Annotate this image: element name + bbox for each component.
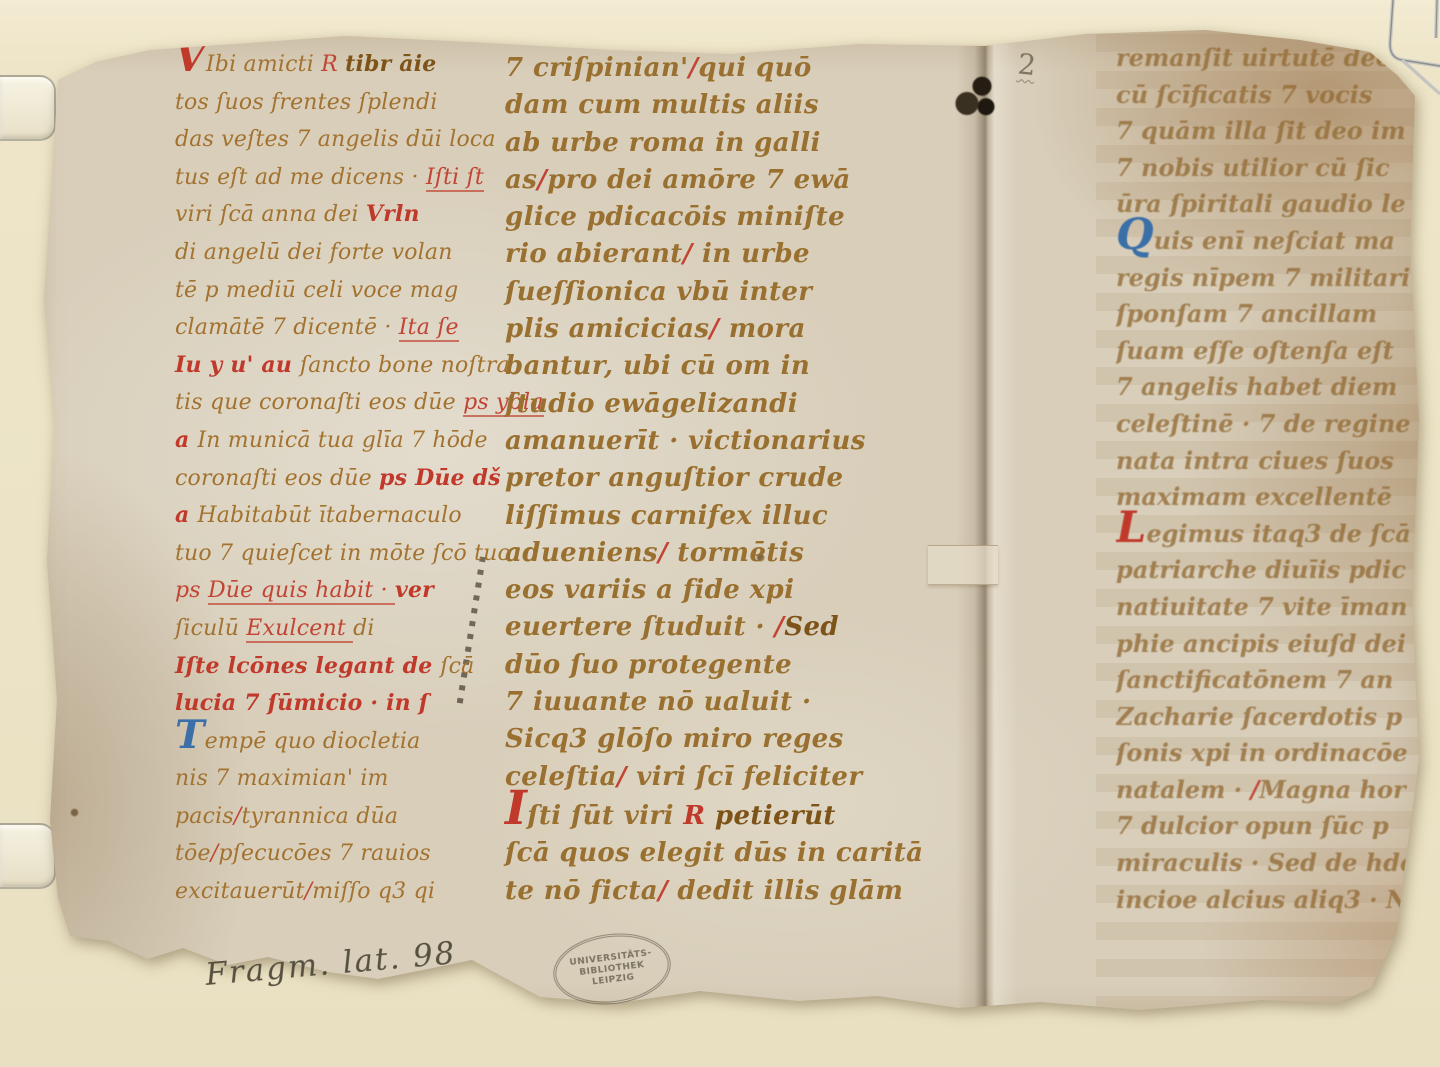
text-line: lucia 7 ſūmicio · in ſ bbox=[175, 685, 503, 723]
text-segment: egimus itaq3 de ſcā bbox=[1146, 519, 1410, 548]
text-segment: tos ſuos frentes ſplendi bbox=[175, 90, 438, 115]
text-segment: coronaſti eos dūe bbox=[175, 466, 379, 491]
text-line: Sicq3 glōſo miro reges bbox=[505, 721, 857, 758]
text-line: incioe alcius aliq3 · Nouit bbox=[1116, 882, 1422, 919]
text-line: tōe/pſecucōes 7 rauios bbox=[175, 835, 503, 873]
text-segment: das veſtes 7 angelis dūi loca bbox=[175, 127, 496, 152]
text-column-left: VIbi amicti R tibr āietos ſuos frentes ſ… bbox=[175, 46, 503, 914]
text-segment: Ita ſe bbox=[399, 315, 459, 342]
text-line: tē p mediū celi voce mag bbox=[175, 272, 503, 310]
text-segment: Iſte lcōnes legant de bbox=[175, 653, 440, 679]
text-segment: nata intra ciues ſuos bbox=[1116, 446, 1394, 475]
text-segment: Sed bbox=[784, 612, 839, 642]
text-segment: Iſti ſt bbox=[426, 165, 484, 192]
text-segment: Dūe quis habit · bbox=[208, 578, 395, 605]
text-segment: ver bbox=[395, 577, 434, 603]
parchment-surface: VIbi amicti R tibr āietos ſuos frentes ſ… bbox=[0, 0, 1440, 1067]
text-segment: dedit illis glām bbox=[668, 876, 903, 906]
text-line: das veſtes 7 angelis dūi loca bbox=[175, 121, 503, 159]
text-segment: miraculis · Sed de hde bbox=[1116, 848, 1415, 877]
text-segment: 7 quām illa ſit deo im bbox=[1116, 116, 1406, 145]
text-line: 7 criſpinian'/qui quō bbox=[505, 50, 857, 87]
text-line: ab urbe roma in galli bbox=[505, 125, 857, 162]
text-segment: maximam excellentē bbox=[1116, 482, 1392, 511]
text-line: plis amicicias/ mora bbox=[505, 311, 857, 348]
text-line: miraculis · Sed de hde bbox=[1116, 845, 1422, 882]
text-segment: di bbox=[353, 616, 375, 641]
text-line: 7 quām illa ſit deo im bbox=[1116, 113, 1422, 150]
text-segment: ſcā bbox=[440, 654, 474, 679]
text-segment: tis que coronaſti eos dūe bbox=[175, 390, 463, 415]
text-segment: dūo ſuo protegente bbox=[505, 650, 792, 680]
text-segment: ſonis xpi in ordinacōe bbox=[1116, 738, 1408, 767]
text-line: Quis enī neſciat ma bbox=[1116, 223, 1422, 260]
text-line: patriarche diuīis pdic bbox=[1116, 552, 1422, 589]
text-segment: lucia 7 ſūmicio · in ſ bbox=[175, 690, 428, 716]
text-line: as/pro dei amōre 7 ewā bbox=[505, 162, 857, 199]
text-line: glice pdicacōis miniſte bbox=[505, 199, 857, 236]
text-line: Iu y u' au ſancto bone noſtra bbox=[175, 347, 503, 385]
text-segment: ps Dūe dš bbox=[379, 465, 501, 491]
text-segment: liſſimus carnifex illuc bbox=[505, 501, 828, 531]
text-segment: rio abierant bbox=[505, 239, 683, 269]
text-line: pretor anguſtior crude bbox=[505, 460, 857, 497]
text-segment: miſſo q3 qi bbox=[312, 879, 435, 904]
text-line: 7 nobis utilior cū ſic bbox=[1116, 150, 1422, 187]
text-line: VIbi amicti R tibr āie bbox=[175, 46, 503, 84]
text-line: 7 iuuante nō ualuit · bbox=[505, 684, 857, 721]
illuminated-initial: V bbox=[175, 35, 206, 81]
text-segment: pretor anguſtior crude bbox=[505, 463, 843, 493]
text-line: Iſte lcōnes legant de ſcā bbox=[175, 648, 503, 686]
text-segment: uis enī neſciat ma bbox=[1154, 226, 1395, 255]
text-line: tis que coronaſti eos dūe ps ybla bbox=[175, 384, 503, 422]
text-segment: / bbox=[1250, 775, 1259, 804]
text-segment: di angelū dei forte volan bbox=[175, 240, 453, 265]
text-segment: natalem · bbox=[1116, 775, 1250, 804]
text-segment: Magna hor bbox=[1259, 775, 1405, 804]
text-segment: / bbox=[617, 762, 627, 792]
text-segment: viri ſcī feliciter bbox=[627, 762, 863, 792]
text-segment: mora bbox=[719, 314, 805, 344]
text-segment: viri ſcā anna dei bbox=[175, 202, 366, 227]
text-line: rio abierant/ in urbe bbox=[505, 236, 857, 273]
text-segment: ſancto bone noſtra bbox=[300, 353, 510, 378]
text-segment: 7 nobis utilior cū ſic bbox=[1116, 153, 1390, 182]
illuminated-initial: L bbox=[1116, 502, 1146, 553]
text-line: pacis/tyrannica dūa bbox=[175, 798, 503, 836]
text-segment: tus eſt ad me dicens · bbox=[175, 165, 426, 190]
text-segment: ſuam eſſe oſtenſa eſt bbox=[1116, 336, 1394, 365]
text-segment: Iu y u' au bbox=[175, 352, 300, 378]
text-line: 7 angelis habet diem bbox=[1116, 369, 1422, 406]
text-segment: patriarche diuīis pdic bbox=[1116, 555, 1406, 584]
text-line: ſonis xpi in ordinacōe bbox=[1116, 735, 1422, 772]
text-line: amanuerīt · victionarius bbox=[505, 423, 857, 460]
text-segment: pro dei amōre 7 ewā bbox=[547, 165, 850, 195]
text-line: ſuam eſſe oſtenſa eſt bbox=[1116, 333, 1422, 370]
text-line: ūra ſpiritali gaudio le bbox=[1116, 186, 1422, 223]
text-line: 7 dulcior opun ſūc p bbox=[1116, 808, 1422, 845]
text-segment: glice pdicacōis miniſte bbox=[505, 202, 845, 232]
text-line: a In municā tua glīa 7 hōde bbox=[175, 422, 503, 460]
text-segment: R bbox=[321, 52, 345, 77]
text-segment: R bbox=[683, 801, 714, 831]
text-segment: incioe alcius aliq3 · Nouit bbox=[1116, 885, 1422, 914]
parchment-fragment: VIbi amicti R tibr āietos ſuos frentes ſ… bbox=[0, 0, 1440, 1067]
text-segment: amanuerīt · victionarius bbox=[505, 426, 866, 456]
text-line: nata intra ciues ſuos bbox=[1116, 443, 1422, 480]
text-segment: 7 criſpinian' bbox=[505, 53, 688, 83]
text-segment: cū ſcīficatis 7 vocis bbox=[1116, 80, 1372, 109]
text-segment: / bbox=[774, 612, 784, 642]
text-line: ſponſam 7 ancillam bbox=[1116, 296, 1422, 333]
text-line: natalem · /Magna hor bbox=[1116, 772, 1422, 809]
text-segment: In municā tua glīa 7 hōde bbox=[197, 428, 487, 453]
text-segment: 7 iuuante nō ualuit · bbox=[505, 687, 811, 717]
text-line: coronaſti eos dūe ps Dūe dš bbox=[175, 460, 503, 498]
text-segment: ſtudio ewāgelizandi bbox=[505, 389, 798, 419]
text-segment: tormētis bbox=[668, 538, 804, 568]
text-segment: / bbox=[537, 165, 547, 195]
text-line: Legimus itaq3 de ſcā bbox=[1116, 516, 1422, 553]
text-segment: excitauerūt bbox=[175, 879, 305, 904]
text-line: ſanctificatōnem 7 an bbox=[1116, 662, 1422, 699]
text-segment: tibr āie bbox=[345, 51, 436, 77]
illuminated-initial: Q bbox=[1116, 209, 1154, 260]
text-line: tus eſt ad me dicens · Iſti ſt bbox=[175, 159, 503, 197]
text-line: bantur, ubi cū om in bbox=[505, 348, 857, 385]
text-segment: ab urbe roma in galli bbox=[505, 128, 821, 158]
text-segment: / bbox=[658, 538, 668, 568]
text-segment: as bbox=[505, 165, 537, 195]
text-column-right: remanſit uirtutē deōcū ſcīficatis 7 voci… bbox=[1116, 40, 1422, 930]
text-segment: tyrannica dūa bbox=[241, 804, 398, 829]
text-line: viri ſcā anna dei Vrln bbox=[175, 196, 503, 234]
text-segment: euertere ſtuduit · bbox=[505, 612, 774, 642]
repair-patch bbox=[928, 545, 998, 585]
text-segment: eos variis a fide xpi bbox=[505, 575, 794, 605]
text-segment: Sicq3 glōſo miro reges bbox=[505, 724, 844, 754]
text-line: maximam excellentē bbox=[1116, 479, 1422, 516]
text-segment: ps bbox=[175, 578, 208, 603]
text-line: ſtudio ewāgelizandi bbox=[505, 386, 857, 423]
text-segment: / bbox=[683, 239, 693, 269]
text-line: adueniens/ tormētis bbox=[505, 535, 857, 572]
text-segment: te nō ficta bbox=[505, 876, 658, 906]
text-segment: 7 angelis habet diem bbox=[1116, 372, 1397, 401]
text-segment: pacis bbox=[175, 804, 234, 829]
text-segment: ſcā quos elegit dūs in caritā bbox=[505, 838, 923, 868]
text-line: liſſimus carnifex illuc bbox=[505, 498, 857, 535]
text-segment: 7 dulcior opun ſūc p bbox=[1116, 811, 1389, 840]
text-segment: regis nīpem 7 militari bbox=[1116, 263, 1410, 292]
text-segment: plis amicicias bbox=[505, 314, 709, 344]
text-line: di angelū dei forte volan bbox=[175, 234, 503, 272]
text-segment: dam cum multis aliis bbox=[505, 90, 819, 120]
text-segment: tē p mediū celi voce mag bbox=[175, 278, 458, 303]
center-fold-crease bbox=[956, 44, 1018, 1008]
text-line: tuo 7 quieſcet in mōte ſcō tuo bbox=[175, 535, 503, 573]
text-segment: Vrln bbox=[366, 201, 420, 227]
text-segment: natiuitate 7 vite īman bbox=[1116, 592, 1407, 621]
text-line: ſiculū Exulcent di bbox=[175, 610, 503, 648]
text-segment: bantur, ubi cū om in bbox=[505, 351, 810, 381]
text-segment: / bbox=[688, 53, 698, 83]
text-segment: ſanctificatōnem 7 an bbox=[1116, 665, 1393, 694]
text-line: regis nīpem 7 militari bbox=[1116, 260, 1422, 297]
text-segment: / bbox=[658, 876, 668, 906]
text-line: te nō ficta/ dedit illis glām bbox=[505, 873, 857, 910]
text-segment: Zacharie ſacerdotis p bbox=[1116, 702, 1402, 731]
text-segment: nis 7 maximian' im bbox=[175, 766, 389, 791]
text-segment: ſueſſionica vbū inter bbox=[505, 277, 812, 307]
text-segment: pſecucōes 7 rauios bbox=[218, 841, 431, 866]
ink-blot bbox=[952, 70, 1002, 124]
pencil-foliation-number: 2 bbox=[1016, 47, 1037, 82]
text-segment: qui quō bbox=[698, 53, 811, 83]
text-segment: ūra ſpiritali gaudio le bbox=[1116, 189, 1406, 218]
text-line: nis 7 maximian' im bbox=[175, 760, 503, 798]
text-line: clamātē 7 dicentē · Ita ſe bbox=[175, 309, 503, 347]
text-line: celeſtinē · 7 de regine bbox=[1116, 406, 1422, 443]
text-segment: tōe bbox=[175, 841, 211, 866]
text-segment: Exulcent bbox=[246, 616, 353, 643]
text-line: celeſtia/ viri ſcī feliciter bbox=[505, 759, 857, 796]
wire-clip-icon bbox=[1340, 0, 1440, 110]
text-segment: empē quo diocletia bbox=[205, 729, 421, 754]
text-segment: petierūt bbox=[715, 801, 836, 831]
text-segment: celeſtinē · 7 de regine bbox=[1116, 409, 1411, 438]
photograph-of-manuscript: { "annotations": { "shelfmark": "Fragm. … bbox=[0, 0, 1440, 1067]
text-segment: Habitabūt ītabernaculo bbox=[197, 503, 462, 528]
text-segment: a bbox=[175, 427, 197, 453]
text-segment: phie ancipis eiuſd dei bbox=[1116, 629, 1406, 658]
worm-hole bbox=[70, 808, 79, 817]
text-segment: Ibi amicti bbox=[206, 52, 321, 77]
text-segment: ſti ſūt viri bbox=[527, 801, 683, 831]
text-line: ſueſſionica vbū inter bbox=[505, 274, 857, 311]
text-line: natiuitate 7 vite īman bbox=[1116, 589, 1422, 626]
text-segment: adueniens bbox=[505, 538, 658, 568]
text-line: excitauerūt/miſſo q3 qi bbox=[175, 873, 503, 911]
illuminated-initial: I bbox=[505, 781, 527, 836]
text-segment: in urbe bbox=[693, 239, 810, 269]
text-line: Tempē quo diocletia bbox=[175, 723, 503, 761]
text-segment: / bbox=[709, 314, 719, 344]
text-column-middle: 7 criſpinian'/qui quōdam cum multis alii… bbox=[505, 50, 857, 910]
text-line: dūo ſuo protegente bbox=[505, 647, 857, 684]
text-segment: ſiculū bbox=[175, 616, 246, 641]
text-line: phie ancipis eiuſd dei bbox=[1116, 626, 1422, 663]
text-line: ſcā quos elegit dūs in caritā bbox=[505, 835, 857, 872]
text-segment: tuo 7 quieſcet in mōte ſcō tuo bbox=[175, 541, 511, 566]
text-line: dam cum multis aliis bbox=[505, 87, 857, 124]
text-line: euertere ſtuduit · /Sed bbox=[505, 609, 857, 646]
illuminated-initial: T bbox=[175, 712, 205, 758]
text-line: tos ſuos frentes ſplendi bbox=[175, 84, 503, 122]
text-line: Iſti ſūt viri R petierūt bbox=[505, 796, 857, 835]
text-segment: clamātē 7 dicentē · bbox=[175, 315, 399, 340]
text-line: a Habitabūt ītabernaculo bbox=[175, 497, 503, 535]
text-segment: a bbox=[175, 502, 197, 528]
text-line: eos variis a fide xpi bbox=[505, 572, 857, 609]
text-segment: ſponſam 7 ancillam bbox=[1116, 299, 1377, 328]
text-line: Zacharie ſacerdotis p bbox=[1116, 699, 1422, 736]
text-line: ps Dūe quis habit · ver bbox=[175, 572, 503, 610]
